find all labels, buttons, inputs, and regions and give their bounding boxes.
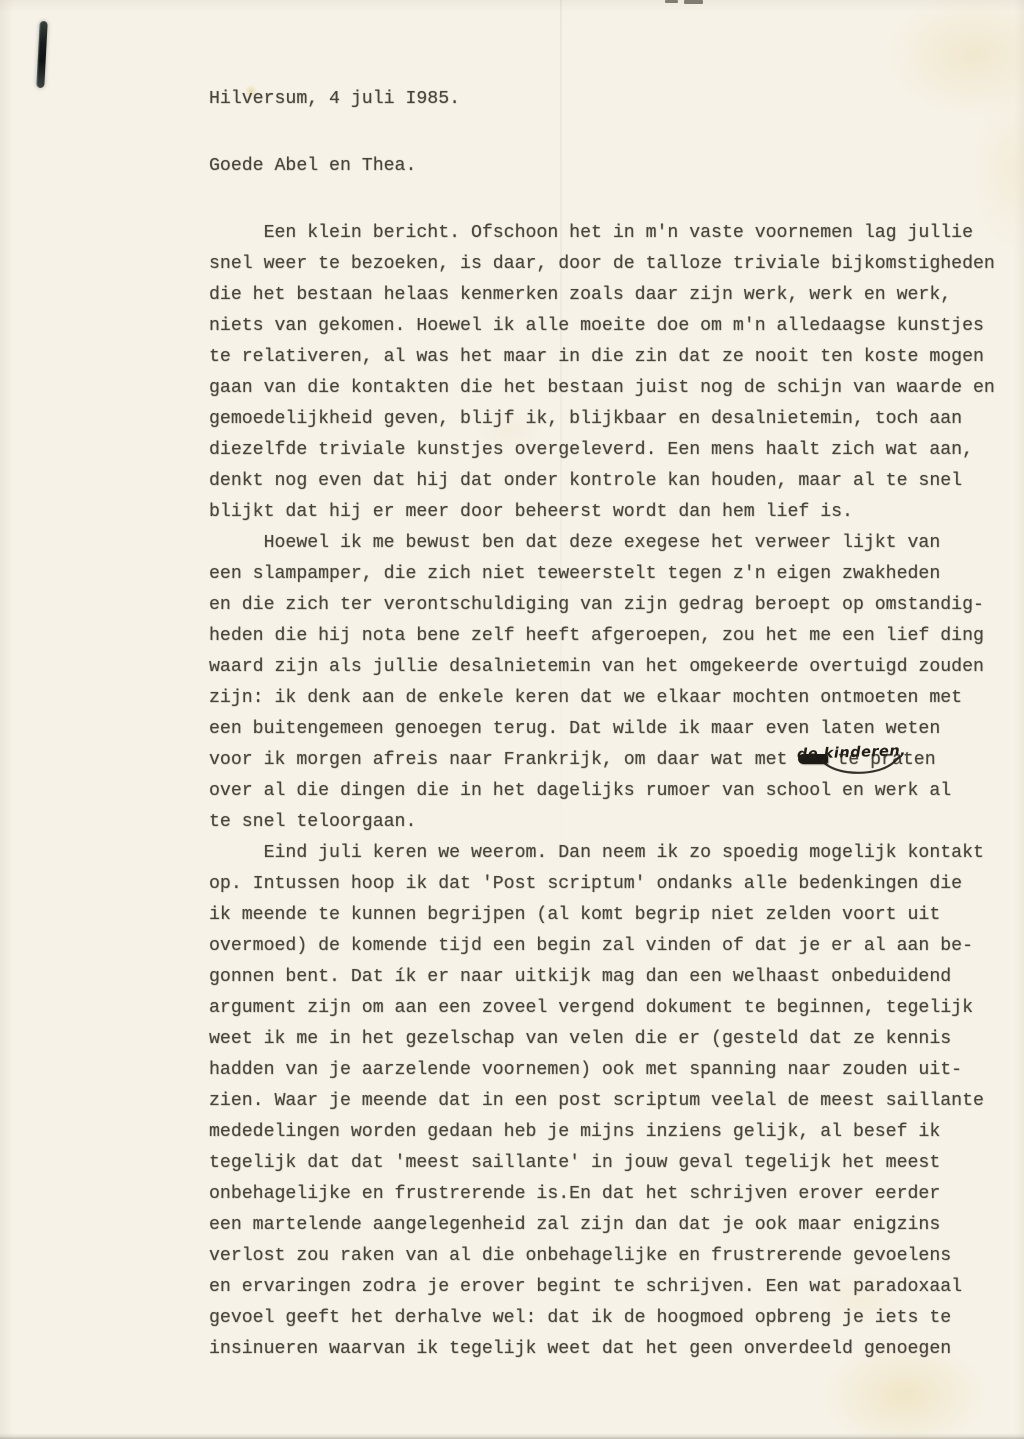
scan-bottom-edge <box>0 1433 1024 1439</box>
letter-line: zijn: ik denk aan de enkele keren dat we… <box>209 683 995 714</box>
letter-line: en ervaringen zodra je erover begint te … <box>209 1272 995 1303</box>
letter-line: te snel teloorgaan. <box>209 807 995 838</box>
letter-line: weet ik me in het gezelschap van velen d… <box>209 1024 995 1055</box>
scan-edge-mark <box>684 0 703 4</box>
letter-line: mededelingen worden gedaan heb je mijns … <box>209 1117 995 1148</box>
letter-line: gemoedelijkheid geven, blijf ik, blijkba… <box>209 404 995 435</box>
letter-page: Hilversum, 4 juli I985. Goede Abel en Th… <box>0 0 1024 1439</box>
letter-line: argument zijn om aan een zoveel vergend … <box>209 993 995 1024</box>
letter-line: Hoewel ik me bewust ben dat deze exegese… <box>209 528 995 559</box>
letter-body: Een klein bericht. Ofschoon het in m'n v… <box>209 218 995 1365</box>
letter-line: denkt nog even dat hij dat onder kontrol… <box>209 466 995 497</box>
staple-mark <box>36 21 47 88</box>
letter-line: Een klein bericht. Ofschoon het in m'n v… <box>209 218 995 249</box>
letter-line: Eind juli keren we weerom. Dan neem ik z… <box>209 838 995 869</box>
letter-line: een slampamper, die zich niet teweerstel… <box>209 559 995 590</box>
letter-line: waard zijn als jullie desalnietemin van … <box>209 652 995 683</box>
scan-edge-mark <box>665 0 678 3</box>
ink-stroke <box>821 754 901 778</box>
letter-line: onbehagelijke en frustrerende is.En dat … <box>209 1179 995 1210</box>
letter-line: verlost zou raken van al die onbehagelij… <box>209 1241 995 1272</box>
letter-line: voor ik morgen afreis naar Frankrijk, om… <box>209 745 995 776</box>
letter-line: gaan van die kontakten die het bestaan j… <box>209 373 995 404</box>
letter-line: gevoel geeft het derhalve wel: dat ik de… <box>209 1303 995 1334</box>
letter-line: niets van gekomen. Hoewel ik alle moeite… <box>209 311 995 342</box>
letter-line: over al die dingen die in het dagelijks … <box>209 776 995 807</box>
letter-line: die het bestaan helaas kenmerken zoals d… <box>209 280 995 311</box>
letter-line: gonnen bent. Dat ík er naar uitkijk mag … <box>209 962 995 993</box>
letter-line: op. Intussen hoop ik dat 'Post scriptum'… <box>209 869 995 900</box>
letter-line: snel weer te bezoeken, is daar, door de … <box>209 249 995 280</box>
line-text: voor ik morgen afreis naar Frankrijk, om… <box>209 750 798 770</box>
letter-line: ik meende te kunnen begrijpen (al komt b… <box>209 900 995 931</box>
letter-line: en die zich ter verontschuldiging van zi… <box>209 590 995 621</box>
letter-line: blijkt dat hij er meer door beheerst wor… <box>209 497 995 528</box>
letter-line: een martelende aangelegenheid zal zijn d… <box>209 1210 995 1241</box>
letter-line: insinueren waarvan ik tegelijk weet dat … <box>209 1334 995 1365</box>
letter-line: overmoed) de komende tijd een begin zal … <box>209 931 995 962</box>
letter-salutation: Goede Abel en Thea. <box>209 151 416 182</box>
letter-line: hadden van je aarzelende voornemen) ook … <box>209 1055 995 1086</box>
letter-line: heden die hij nota bene zelf heeft afger… <box>209 621 995 652</box>
letter-line: te relativeren, al was het maar in die z… <box>209 342 995 373</box>
letter-date: Hilversum, 4 juli I985. <box>209 84 460 115</box>
letter-line: zien. Waar je meende dat in een post scr… <box>209 1086 995 1117</box>
letter-line: diezelfde triviale kunstjes overgeleverd… <box>209 435 995 466</box>
letter-line: tegelijk dat dat 'meest saillante' in jo… <box>209 1148 995 1179</box>
